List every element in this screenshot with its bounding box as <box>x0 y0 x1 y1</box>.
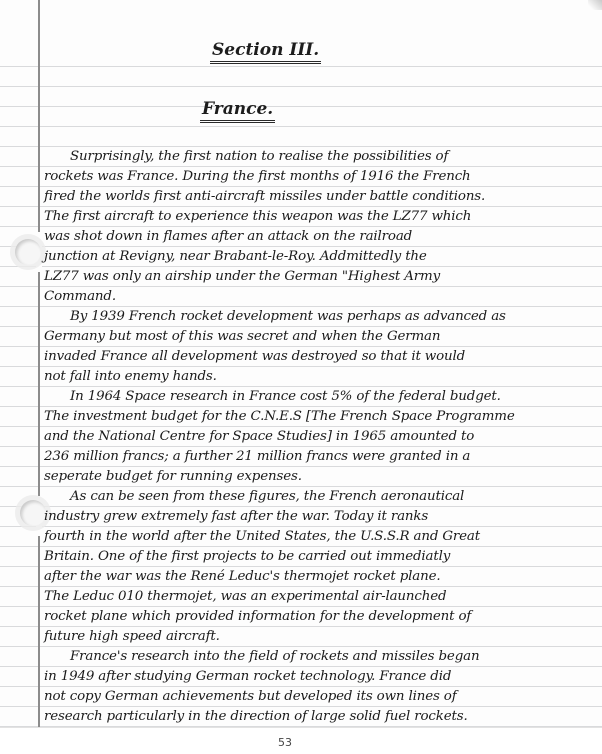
text-line: research particularly in the direction o… <box>44 707 602 727</box>
page-bottom-edge <box>0 727 602 754</box>
text-line: invaded France all development was destr… <box>44 347 602 367</box>
text-line: Surprisingly, the first nation to realis… <box>44 147 602 167</box>
text-line: seperate budget for running expenses. <box>44 467 602 487</box>
text-line: not copy German achievements but develop… <box>44 687 602 707</box>
text-line: industry grew extremely fast after the w… <box>44 507 602 527</box>
text-line: The Leduc 010 thermojet, was an experime… <box>44 587 602 607</box>
text-line: As can be seen from these figures, the F… <box>44 487 602 507</box>
text-line: Britain. One of the first projects to be… <box>44 547 602 567</box>
text-line: The investment budget for the C.N.E.S [T… <box>44 407 602 427</box>
text-line: fired the worlds first anti-aircraft mis… <box>44 187 602 207</box>
section-heading: Section III. <box>210 40 321 64</box>
text-line: after the war was the René Leduc's therm… <box>44 567 602 587</box>
text-line: in 1949 after studying German rocket tec… <box>44 667 602 687</box>
text-line: In 1964 Space research in France cost 5%… <box>44 387 602 407</box>
text-line: The first aircraft to experience this we… <box>44 207 602 227</box>
text-line: fourth in the world after the United Sta… <box>44 527 602 547</box>
notebook-page: Section III. France. Surprisingly, the f… <box>0 0 602 754</box>
handwritten-body-text: Surprisingly, the first nation to realis… <box>44 147 602 747</box>
text-line: Germany but most of this was secret and … <box>44 327 602 347</box>
binder-hole-icon <box>15 239 41 265</box>
text-line: By 1939 French rocket development was pe… <box>44 307 602 327</box>
text-line: junction at Revigny, near Brabant-le-Roy… <box>44 247 602 267</box>
text-line: was shot down in flames after an attack … <box>44 227 602 247</box>
text-line: 236 million francs; a further 21 million… <box>44 447 602 467</box>
text-line: and the National Centre for Space Studie… <box>44 427 602 447</box>
text-line: rocket plane which provided information … <box>44 607 602 627</box>
page-number: 53 <box>278 736 292 749</box>
text-line: Command. <box>44 287 602 307</box>
page-corner-shadow <box>588 0 602 10</box>
text-line: France's research into the field of rock… <box>44 647 602 667</box>
binder-hole-icon <box>20 500 46 526</box>
margin-rule <box>38 0 40 727</box>
text-line: future high speed aircraft. <box>44 627 602 647</box>
country-heading: France. <box>200 99 275 123</box>
text-line: rockets was France. During the first mon… <box>44 167 602 187</box>
text-line: LZ77 was only an airship under the Germa… <box>44 267 602 287</box>
text-line: not fall into enemy hands. <box>44 367 602 387</box>
